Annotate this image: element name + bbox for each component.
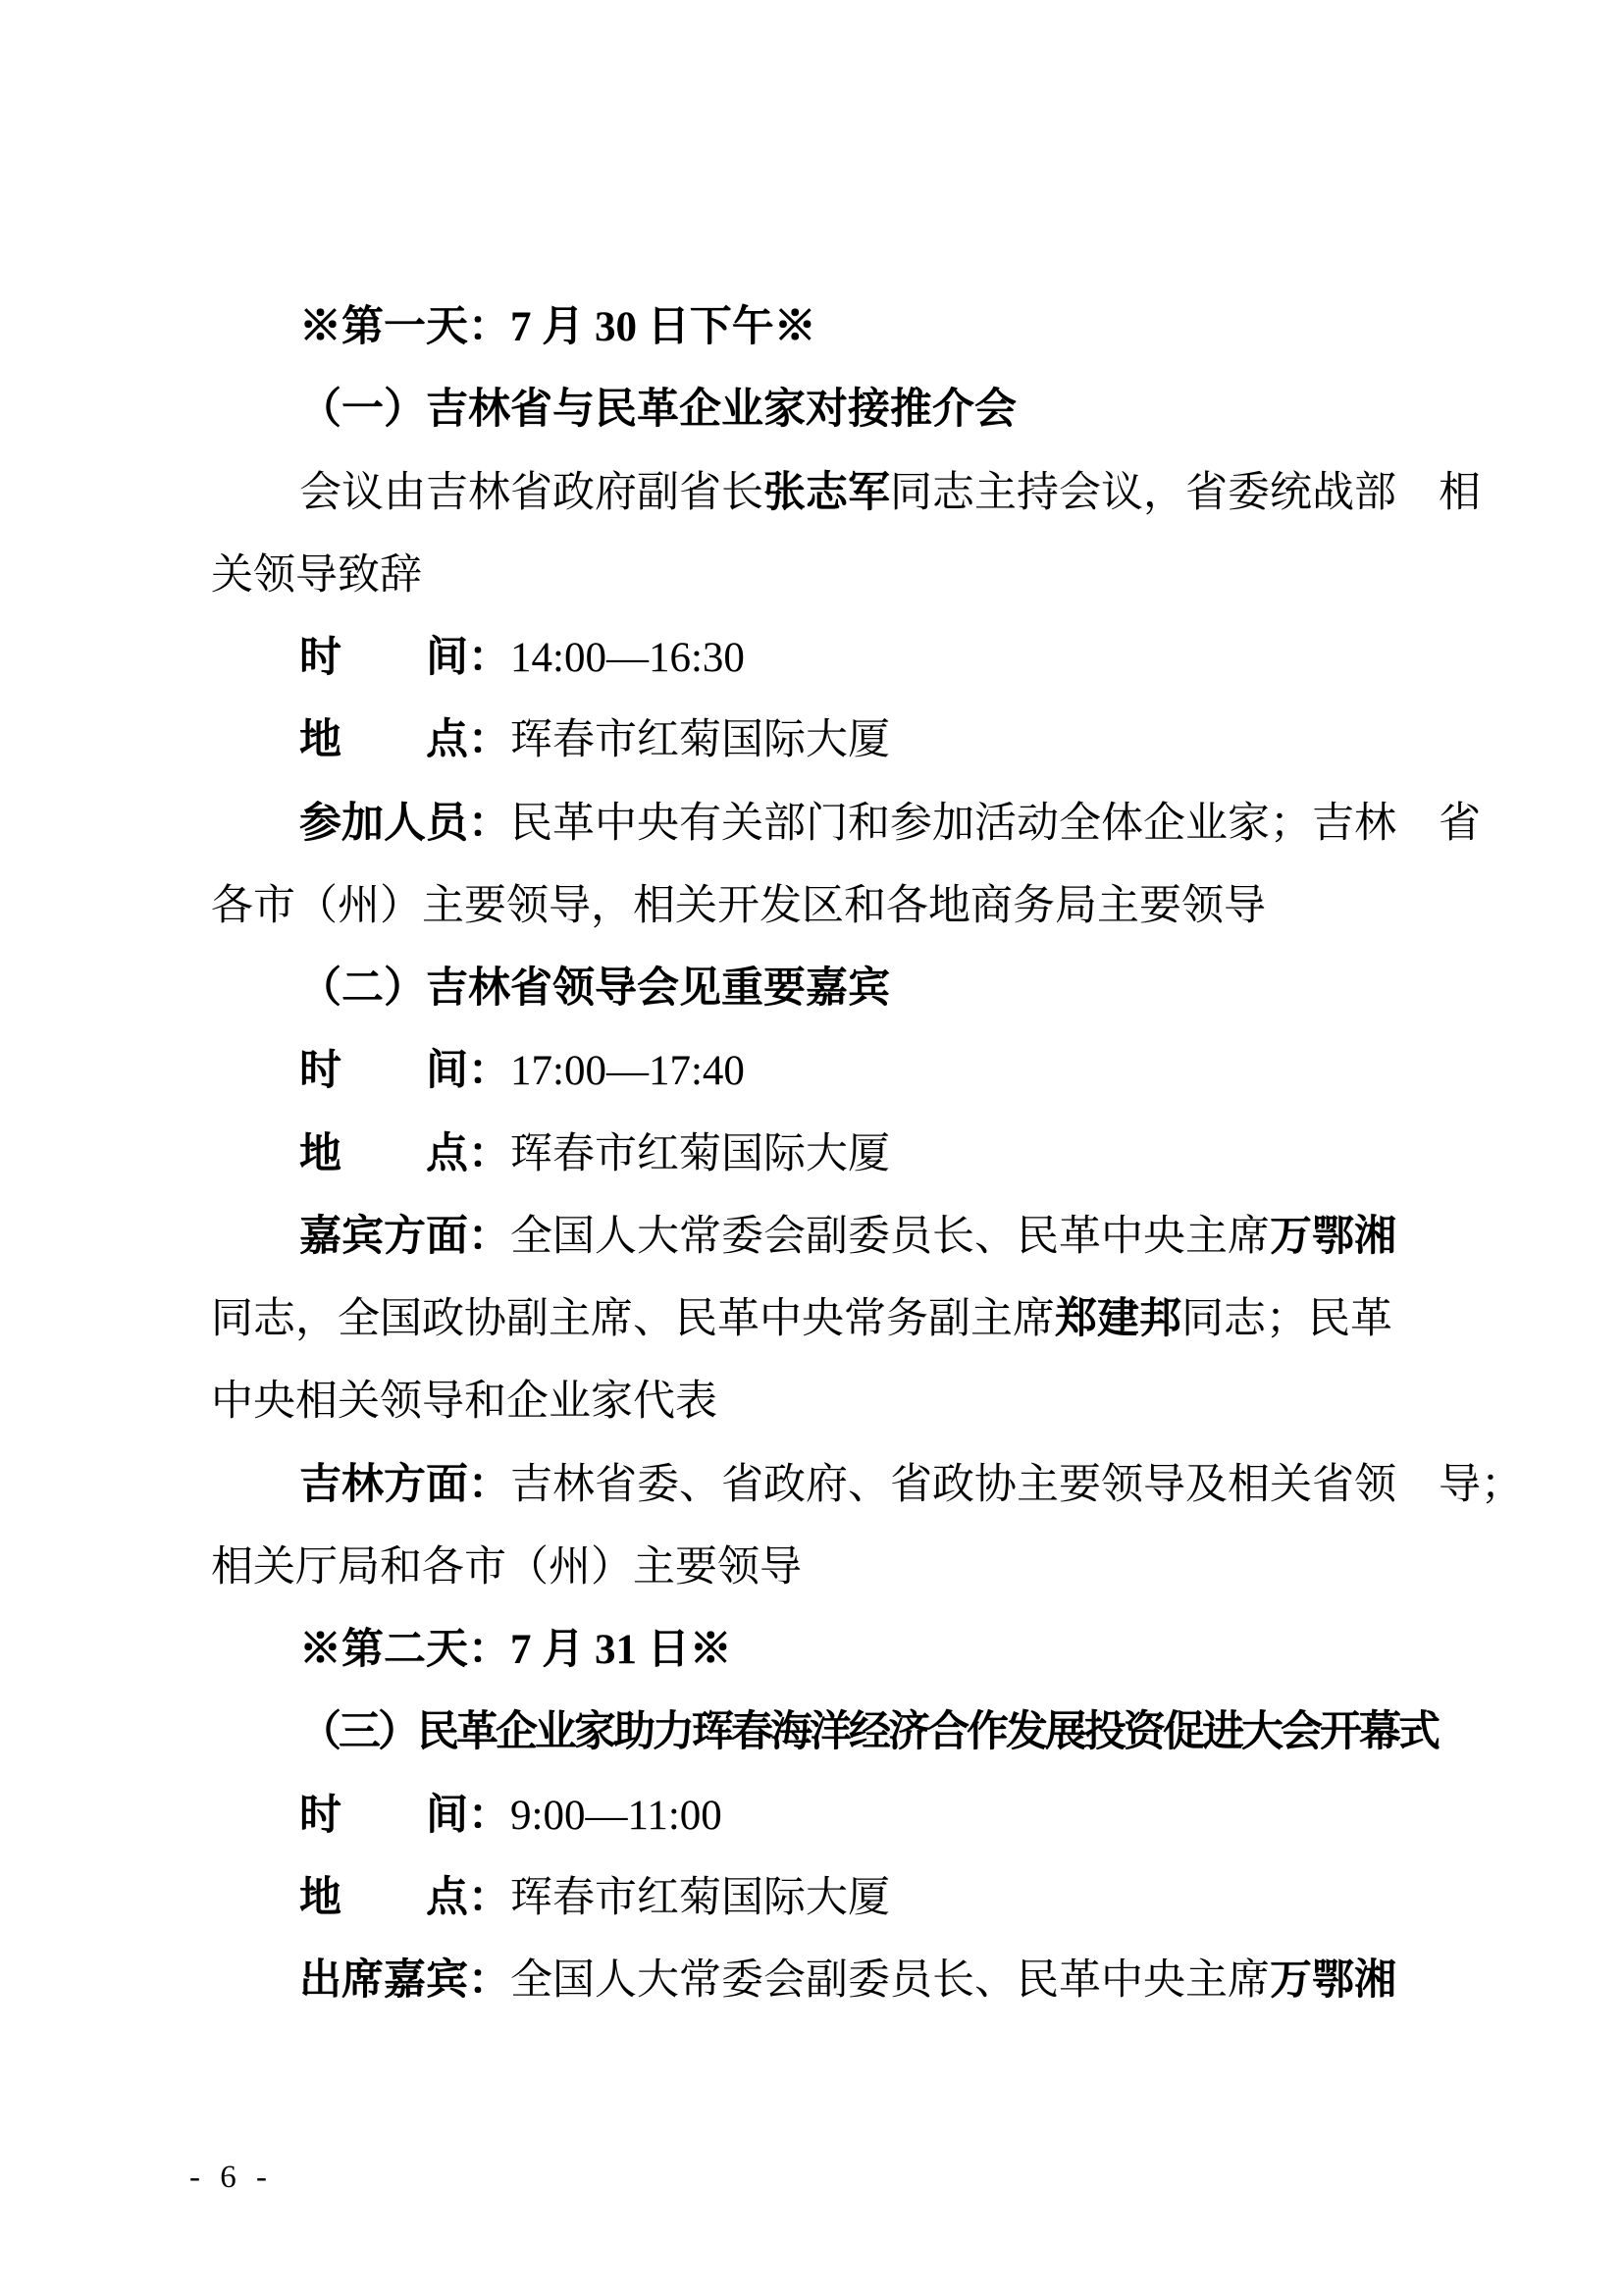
bold-text-segment: （二）吉林省领导会见重要嘉宾 [299, 965, 890, 1012]
line-item2-jilin-side-2: 相关厅局和各市（州）主要领导 [211, 1527, 1438, 1609]
text-segment: 吉林省委、省政府、省政协主要领导及相关省领 导； [510, 1462, 1523, 1508]
line-item2-guests-1: 嘉宾方面：全国人大常委会副委员长、民革中央主席万鄂湘 [211, 1196, 1438, 1278]
line-item1-participants-1: 参加人员：民革中央有关部门和参加活动全体企业家；吉林 省 [211, 783, 1438, 865]
participants-label-segment: 参加人员： [299, 801, 510, 847]
text-segment: 同志主持会议，省委统战部 相 [890, 470, 1481, 516]
line-item1-location: 地 点：珲春市红菊国际大厦 [211, 700, 1438, 782]
page-number: - 6 - [189, 2158, 273, 2197]
bold-name-segment: 万鄂湘 [1270, 1214, 1396, 1260]
line-item3-location: 地 点：珲春市红菊国际大厦 [211, 1857, 1438, 1940]
document-page: ※第一天：7 月 30 日下午※ （一）吉林省与民革企业家对接推介会 会议由吉林… [0, 0, 1624, 2295]
document-body: ※第一天：7 月 30 日下午※ （一）吉林省与民革企业家对接推介会 会议由吉林… [211, 287, 1438, 2022]
guests-label-segment: 嘉宾方面： [299, 1214, 510, 1260]
line-day2-heading: ※第二天：7 月 31 日※ [211, 1609, 1438, 1692]
text-segment: 中央相关领导和企业家代表 [211, 1379, 717, 1425]
time-value-segment: 17:00—17:40 [510, 1048, 745, 1094]
text-segment: 会议由吉林省政府副省长 [299, 470, 763, 516]
line-item2-time: 时 间：17:00—17:40 [211, 1030, 1438, 1113]
text-segment: 同志；民革 [1181, 1296, 1392, 1342]
text-segment: 各市（州）主要领导，相关开发区和各地商务局主要领导 [211, 883, 1266, 929]
line-item2-jilin-side-1: 吉林方面：吉林省委、省政府、省政协主要领导及相关省领 导； [211, 1444, 1438, 1527]
line-item1-desc-1: 会议由吉林省政府副省长张志军同志主持会议，省委统战部 相 [211, 452, 1438, 535]
text-segment: 关领导致辞 [211, 552, 422, 599]
line-item2-guests-2: 同志，全国政协副主席、民革中央常务副主席郑建邦同志；民革 [211, 1278, 1438, 1361]
line-day1-heading: ※第一天：7 月 30 日下午※ [211, 287, 1438, 369]
location-value-segment: 珲春市红菊国际大厦 [510, 1875, 890, 1921]
text-segment: 民革中央有关部门和参加活动全体企业家；吉林 省 [510, 801, 1481, 847]
line-item1-participants-2: 各市（州）主要领导，相关开发区和各地商务局主要领导 [211, 865, 1438, 948]
bold-text-segment: ※第一天：7 月 30 日下午※ [299, 304, 816, 350]
jilin-label-segment: 吉林方面： [299, 1462, 510, 1508]
line-item2-location: 地 点：珲春市红菊国际大厦 [211, 1114, 1438, 1196]
bold-text-segment: （一）吉林省与民革企业家对接推介会 [299, 387, 1017, 433]
text-segment: 相关厅局和各市（州）主要领导 [211, 1544, 802, 1591]
guests-label-segment: 出席嘉宾： [299, 1957, 510, 2004]
line-item3-title: （三）民革企业家助力珲春海洋经济合作发展投资促进大会开幕式 [211, 1692, 1438, 1774]
location-value-segment: 珲春市红菊国际大厦 [510, 1131, 890, 1177]
bold-text-segment: ※第二天：7 月 31 日※ [299, 1627, 732, 1673]
text-segment: 全国人大常委会副委员长、民革中央主席 [510, 1214, 1270, 1260]
location-label-segment: 地 点： [299, 1131, 510, 1177]
location-value-segment: 珲春市红菊国际大厦 [510, 717, 890, 763]
line-item1-time: 时 间：14:00—16:30 [211, 617, 1438, 700]
bold-text-segment: （三）民革企业家助力珲春海洋经济合作发展投资促进大会开幕式 [299, 1709, 1438, 1755]
text-segment: 全国人大常委会副委员长、民革中央主席 [510, 1957, 1270, 2004]
line-item3-time: 时 间：9:00—11:00 [211, 1775, 1438, 1857]
location-label-segment: 地 点： [299, 1875, 510, 1921]
line-item2-guests-3: 中央相关领导和企业家代表 [211, 1361, 1438, 1443]
time-value-segment: 14:00—16:30 [510, 635, 745, 681]
bold-name-segment: 万鄂湘 [1270, 1957, 1396, 2004]
bold-name-segment: 张志军 [763, 470, 890, 516]
time-label-segment: 时 间： [299, 1048, 510, 1094]
time-label-segment: 时 间： [299, 1793, 510, 1839]
line-item2-title: （二）吉林省领导会见重要嘉宾 [211, 948, 1438, 1030]
line-item3-guests-1: 出席嘉宾：全国人大常委会副委员长、民革中央主席万鄂湘 [211, 1940, 1438, 2022]
time-value-segment: 9:00—11:00 [510, 1793, 722, 1839]
bold-name-segment: 郑建邦 [1055, 1296, 1181, 1342]
line-item1-desc-2: 关领导致辞 [211, 535, 1438, 617]
time-label-segment: 时 间： [299, 635, 510, 681]
location-label-segment: 地 点： [299, 717, 510, 763]
text-segment: 同志，全国政协副主席、民革中央常务副主席 [211, 1296, 1055, 1342]
line-item1-title: （一）吉林省与民革企业家对接推介会 [211, 369, 1438, 451]
